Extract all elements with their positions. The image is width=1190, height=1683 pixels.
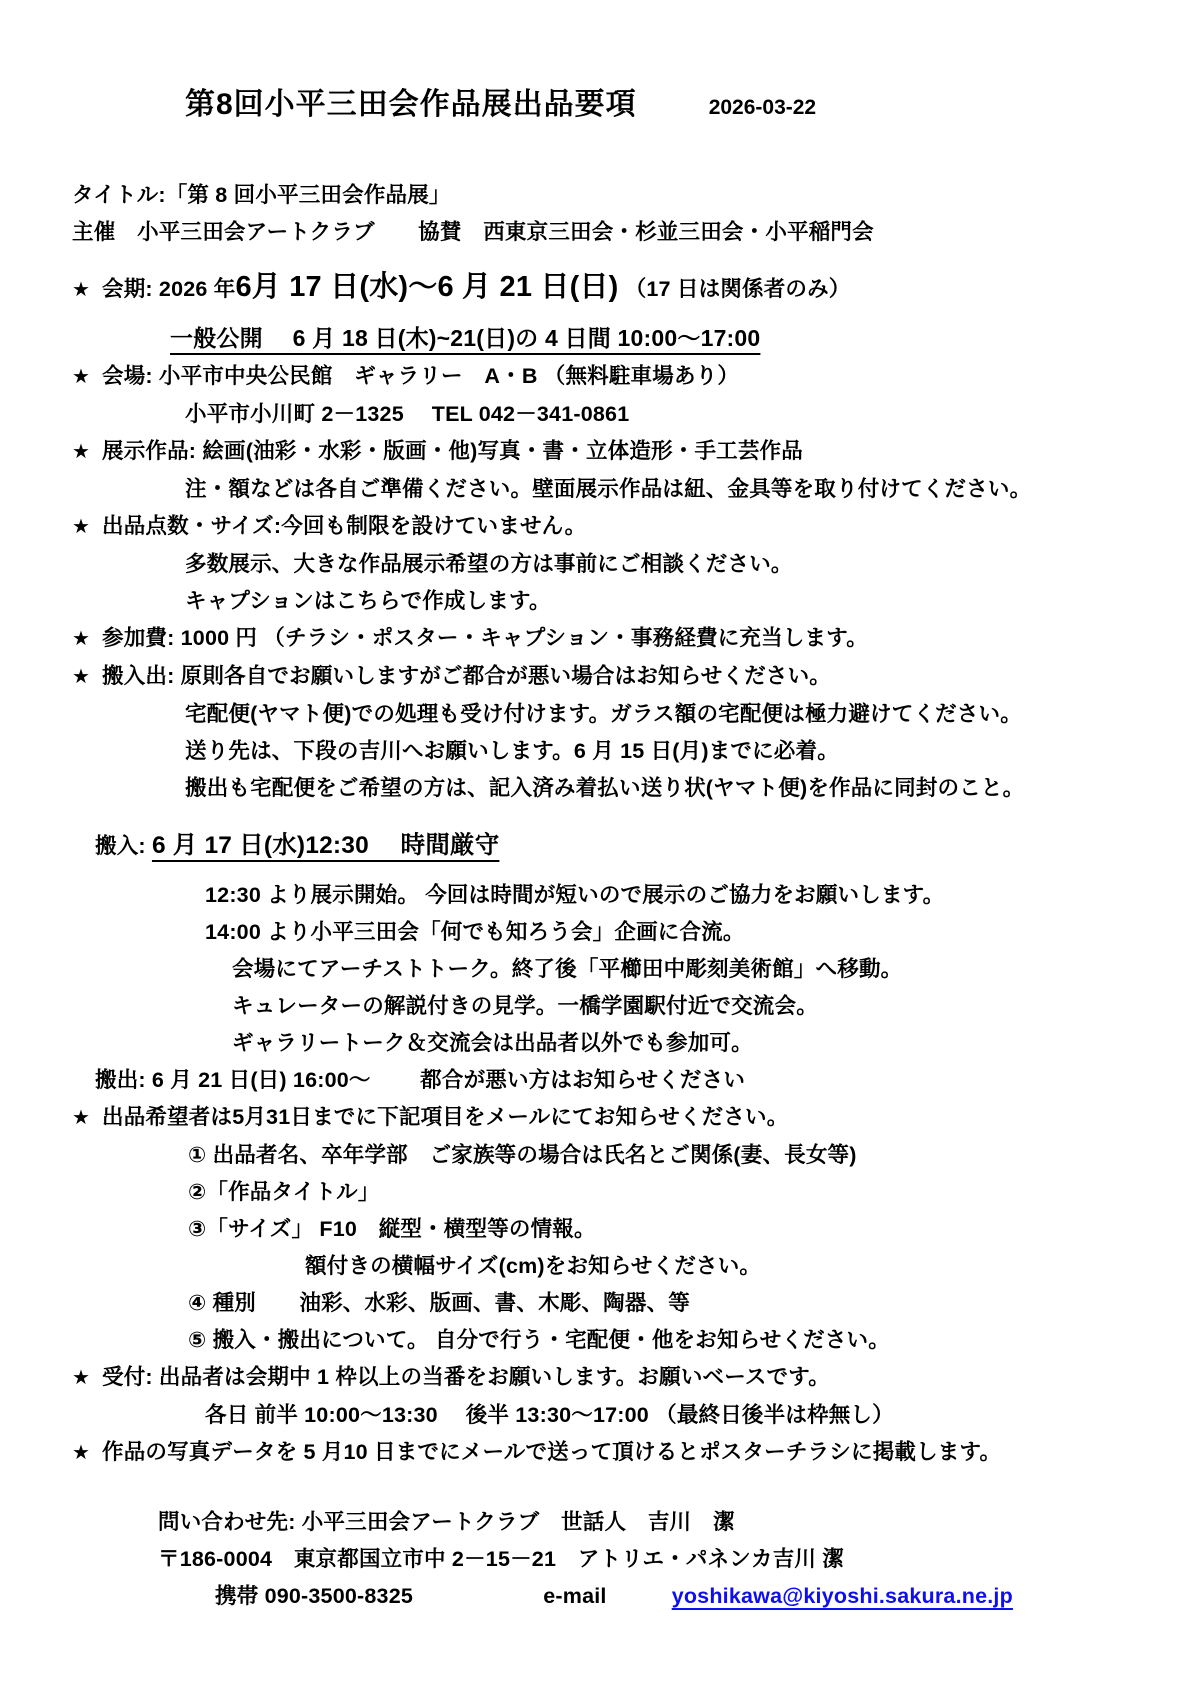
text-segment: 会期: 2026 年 xyxy=(102,277,235,301)
text-segment: 受付: 出品者は会期中 1 枠以上の当番をお願いします。お願いベースです。 xyxy=(102,1365,830,1389)
text-segment: 主催 小平三田会アートクラブ 協賛 西東京三田会・杉並三田会・小平稲門会 xyxy=(72,220,874,244)
doc-line: ① 出品者名、卒年学部 ご家族等の場合は氏名とご関係(妻、長女等) xyxy=(0,1137,1190,1174)
doc-line: 搬入: 6 月 17 日(水)12:30 時間厳守 xyxy=(0,827,1190,865)
doc-line: 注・額などは各自ご準備ください。壁面展示作品は紐、金具等を取り付けてください。 xyxy=(0,471,1190,508)
underlined-text: 6 月 17 日(水)12:30 時間厳守 xyxy=(152,832,499,859)
email-link[interactable]: yoshikawa@kiyoshi.sakura.ne.jp xyxy=(672,1584,1013,1608)
text-segment: キュレーターの解説付きの見学。一橋学園駅付近で交流会。 xyxy=(232,994,818,1018)
text-segment: ① 出品者名、卒年学部 ご家族等の場合は氏名とご関係(妻、長女等) xyxy=(188,1143,857,1167)
star-bullet-icon: ★ xyxy=(72,659,102,696)
text-segment: 出品点数・サイズ:今回も制限を設けていません。 xyxy=(102,514,586,538)
star-bullet-icon: ★ xyxy=(72,268,102,312)
doc-line: ★会場: 小平市中央公民館 ギャラリー A・B （無料駐車場あり） xyxy=(0,358,1190,396)
doc-line: ★作品の写真データを 5 月10 日までにメールで送って頂けるとポスターチラシに… xyxy=(0,1434,1190,1472)
doc-line: ★会期: 2026 年6月 17 日(水)～6 月 21 日(日) （17 日は… xyxy=(0,265,1190,312)
doc-line: 問い合わせ先: 小平三田会アートクラブ 世話人 吉川 潔 xyxy=(0,1504,1190,1541)
text-segment: ④ 種別 油彩、水彩、版画、書、木彫、陶器、等 xyxy=(188,1291,690,1315)
doc-line: ⑤ 搬入・搬出について。 自分で行う・宅配便・他をお知らせください。 xyxy=(0,1322,1190,1359)
text-segment: e-mail xyxy=(543,1584,606,1608)
star-bullet-icon: ★ xyxy=(72,1360,102,1397)
doc-line: 搬出も宅配便をご希望の方は、記入済み着払い送り状(ヤマト便)を作品に同封のこと。 xyxy=(0,770,1190,807)
doc-lines: タイトル:「第 8 回小平三田会作品展」主催 小平三田会アートクラブ 協賛 西東… xyxy=(0,177,1190,1615)
doc-line: キャプションはこちらで作成します。 xyxy=(0,583,1190,620)
doc-line: 〒186-0004 東京都国立市中 2－15－21 アトリエ・パネンカ吉川 潔 xyxy=(0,1541,1190,1578)
doc-line: ★出品点数・サイズ:今回も制限を設けていません。 xyxy=(0,508,1190,546)
text-segment: 小平市小川町 2－1325 TEL 042－341-0861 xyxy=(185,402,629,426)
doc-line: 携帯 090-3500-8325 e-mail yoshikawa@kiyosh… xyxy=(0,1578,1190,1615)
text-segment: 搬入出: 原則各自でお願いしますがご都合が悪い場合はお知らせください。 xyxy=(102,664,831,688)
text-segment: ③「サイズ」 F10 縦型・横型等の情報。 xyxy=(188,1217,596,1241)
doc-line: ④ 種別 油彩、水彩、版画、書、木彫、陶器、等 xyxy=(0,1285,1190,1322)
text-segment: 携帯 090-3500-8325 xyxy=(215,1584,413,1608)
doc-line: 会場にてアーチストトーク。終了後「平櫛田中彫刻美術館」へ移動。 xyxy=(0,951,1190,988)
star-bullet-icon: ★ xyxy=(72,509,102,546)
doc-line: 主催 小平三田会アートクラブ 協賛 西東京三田会・杉並三田会・小平稲門会 xyxy=(0,214,1190,251)
text-segment: 各日 前半 10:00～13:30 後半 13:30～17:00 （最終日後半は… xyxy=(205,1403,894,1427)
underlined-text: 一般公開 6 月 18 日(木)~21(日)の 4 日間 10:00～17:00 xyxy=(170,325,760,351)
doc-line: 宅配便(ヤマト便)での処理も受け付けます。ガラス額の宅配便は極力避けてください。 xyxy=(0,696,1190,733)
doc-line: 送り先は、下段の吉川へお願いします。6 月 15 日(月)までに必着。 xyxy=(0,733,1190,770)
doc-line: 小平市小川町 2－1325 TEL 042－341-0861 xyxy=(0,396,1190,433)
text-segment: 宅配便(ヤマト便)での処理も受け付けます。ガラス額の宅配便は極力避けてください。 xyxy=(185,702,1022,726)
text-segment: ギャラリートーク＆交流会は出品者以外でも参加可。 xyxy=(232,1031,753,1055)
doc-line: ★参加費: 1000 円 （チラシ・ポスター・キャプション・事務経費に充当します… xyxy=(0,620,1190,658)
text-segment: 送り先は、下段の吉川へお願いします。6 月 15 日(月)までに必着。 xyxy=(185,739,839,763)
text-segment xyxy=(413,1584,543,1608)
text-segment: 問い合わせ先: 小平三田会アートクラブ 世話人 吉川 潔 xyxy=(158,1510,735,1534)
document-page: 第8回小平三田会作品展出品要項2026-03-22 タイトル:「第 8 回小平三… xyxy=(0,0,1190,1683)
star-bullet-icon: ★ xyxy=(72,359,102,396)
text-segment: 搬出: 6 月 21 日(日) 16:00～ 都合が悪い方はお知らせください xyxy=(95,1068,745,1092)
star-bullet-icon: ★ xyxy=(72,1435,102,1472)
doc-line: 各日 前半 10:00～13:30 後半 13:30～17:00 （最終日後半は… xyxy=(0,1397,1190,1434)
text-segment: 額付きの横幅サイズ(cm)をお知らせください。 xyxy=(305,1254,761,1278)
text-segment: ⑤ 搬入・搬出について。 自分で行う・宅配便・他をお知らせください。 xyxy=(188,1328,890,1352)
text-segment xyxy=(607,1584,672,1608)
text-segment: 14:00 より小平三田会「何でも知ろう会」企画に合流。 xyxy=(205,920,745,944)
doc-line: 12:30 より展示開始。 今回は時間が短いので展示のご協力をお願いします。 xyxy=(0,877,1190,914)
doc-line: ③「サイズ」 F10 縦型・横型等の情報。 xyxy=(0,1211,1190,1248)
text-segment: 会場にてアーチストトーク。終了後「平櫛田中彫刻美術館」へ移動。 xyxy=(232,957,902,981)
text-segment: （17 日は関係者のみ） xyxy=(619,277,851,301)
doc-line: タイトル:「第 8 回小平三田会作品展」 xyxy=(0,177,1190,214)
document-header: 第8回小平三田会作品展出品要項2026-03-22 xyxy=(0,84,1190,131)
text-segment: 会場: 小平市中央公民館 ギャラリー A・B （無料駐車場あり） xyxy=(102,364,739,388)
text-segment: 搬出も宅配便をご希望の方は、記入済み着払い送り状(ヤマト便)を作品に同封のこと。 xyxy=(185,776,1024,800)
doc-line: ★搬入出: 原則各自でお願いしますがご都合が悪い場合はお知らせください。 xyxy=(0,658,1190,696)
text-segment: 注・額などは各自ご準備ください。壁面展示作品は紐、金具等を取り付けてください。 xyxy=(185,477,1031,501)
doc-line: ★出品希望者は5月31日までに下記項目をメールにてお知らせください。 xyxy=(0,1099,1190,1137)
doc-line: キュレーターの解説付きの見学。一橋学園駅付近で交流会。 xyxy=(0,988,1190,1025)
text-segment: 作品の写真データを 5 月10 日までにメールで送って頂けるとポスターチラシに掲… xyxy=(102,1440,1001,1464)
star-bullet-icon: ★ xyxy=(72,621,102,658)
text-segment: 展示作品: 絵画(油彩・水彩・版画・他)写真・書・立体造形・手工芸作品 xyxy=(102,439,803,463)
text-segment: キャプションはこちらで作成します。 xyxy=(185,589,551,613)
text-segment: タイトル:「第 8 回小平三田会作品展」 xyxy=(72,183,451,207)
text-segment: 参加費: 1000 円 （チラシ・ポスター・キャプション・事務経費に充当します。 xyxy=(102,626,868,650)
doc-line: ギャラリートーク＆交流会は出品者以外でも参加可。 xyxy=(0,1025,1190,1062)
doc-line: ②「作品タイトル」 xyxy=(0,1174,1190,1211)
doc-line: 一般公開 6 月 18 日(木)~21(日)の 4 日間 10:00～17:00 xyxy=(0,320,1190,358)
text-segment: 6月 17 日(水)～6 月 21 日(日) xyxy=(235,271,618,303)
doc-line: ★受付: 出品者は会期中 1 枠以上の当番をお願いします。お願いベースです。 xyxy=(0,1359,1190,1397)
text-segment: 〒186-0004 東京都国立市中 2－15－21 アトリエ・パネンカ吉川 潔 xyxy=(158,1547,844,1571)
doc-line: 14:00 より小平三田会「何でも知ろう会」企画に合流。 xyxy=(0,914,1190,951)
text-segment: 出品希望者は5月31日までに下記項目をメールにてお知らせください。 xyxy=(102,1105,788,1129)
text-segment: 多数展示、大きな作品展示希望の方は事前にご相談ください。 xyxy=(185,552,793,576)
star-bullet-icon: ★ xyxy=(72,1100,102,1137)
text-segment: 搬入: xyxy=(95,834,152,858)
text-segment: 12:30 より展示開始。 今回は時間が短いので展示のご協力をお願いします。 xyxy=(205,883,944,907)
text-segment: ②「作品タイトル」 xyxy=(188,1180,380,1204)
page-title: 第8回小平三田会作品展出品要項 xyxy=(185,88,637,121)
doc-line: 額付きの横幅サイズ(cm)をお知らせください。 xyxy=(0,1248,1190,1285)
doc-line: 多数展示、大きな作品展示希望の方は事前にご相談ください。 xyxy=(0,546,1190,583)
doc-line: ★展示作品: 絵画(油彩・水彩・版画・他)写真・書・立体造形・手工芸作品 xyxy=(0,433,1190,471)
star-bullet-icon: ★ xyxy=(72,434,102,471)
document-date: 2026-03-22 xyxy=(709,96,816,119)
doc-line: 搬出: 6 月 21 日(日) 16:00～ 都合が悪い方はお知らせください xyxy=(0,1062,1190,1099)
